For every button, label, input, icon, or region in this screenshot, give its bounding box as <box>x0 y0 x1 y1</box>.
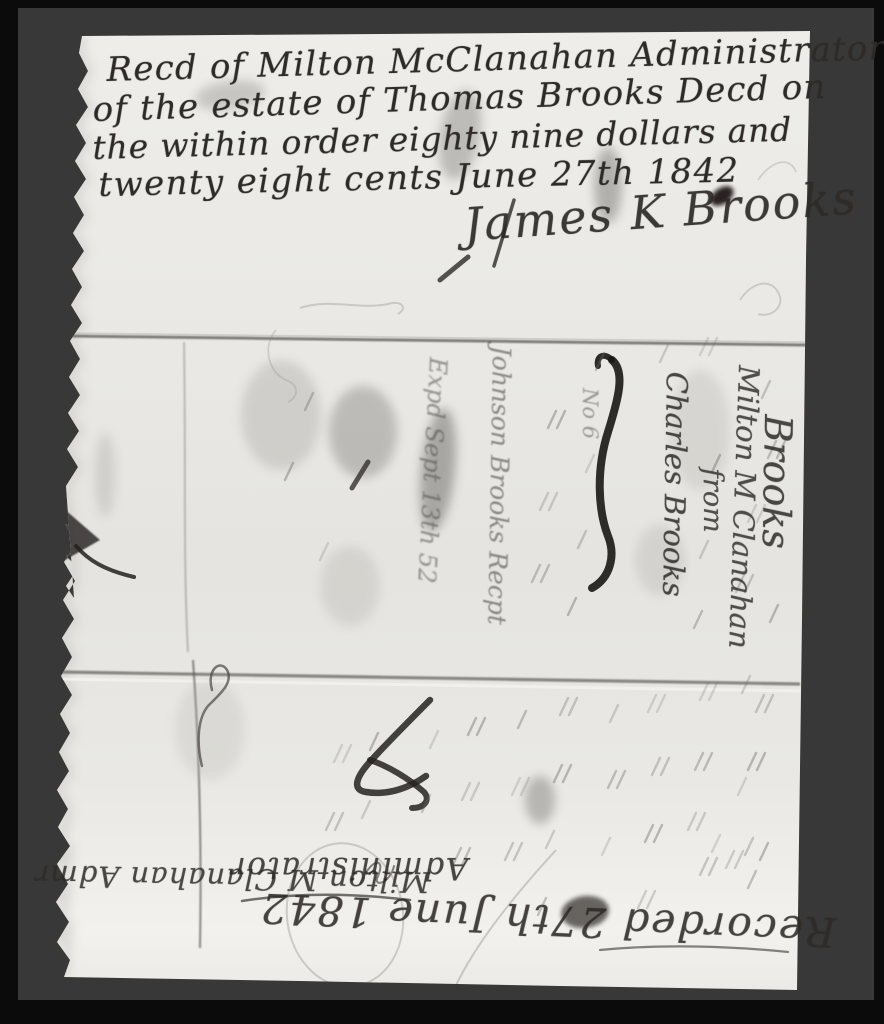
manuscript-scan: Recd of Milton McClanahan Administrator … <box>0 0 884 1024</box>
administrator-title-line: Administrator <box>226 850 468 886</box>
filing-note-number: No 6 <box>578 388 602 439</box>
filing-note-1: Johnson Brooks Recpt <box>482 345 516 625</box>
docket-party-bottom: Charles Brooks <box>656 371 694 597</box>
docket-connector: from <box>697 468 728 533</box>
